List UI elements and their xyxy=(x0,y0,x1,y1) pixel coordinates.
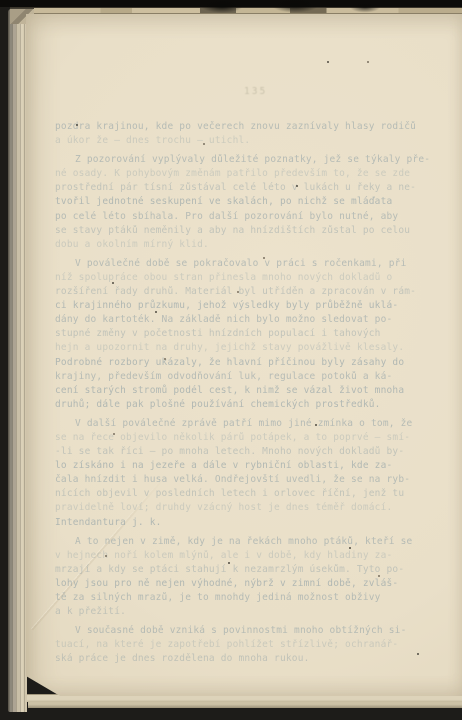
ghost-text-line: A to nejen v zimě, kdy je na řekách mnoh… xyxy=(55,535,451,549)
ghost-text-line: krajiny, především odvodňování luk, regu… xyxy=(55,370,451,384)
ghost-text-line: dobu a okolním mírný klid. xyxy=(55,238,451,252)
ghost-text-line: rozšíření řady druhů. Materiál byl utříd… xyxy=(55,285,451,299)
ghost-text-line: tuací, na které je zapotřebí pohlížet st… xyxy=(55,638,451,652)
ghost-page-number: 135 xyxy=(244,86,267,97)
ghost-text-line: mrzají a kdy se ptáci stahují k nezamrzl… xyxy=(55,563,451,577)
ghost-text-line: Intendantura j. k. xyxy=(55,516,451,530)
ghost-text-line: Z pozorování vyplývaly důležité poznatky… xyxy=(55,153,451,167)
bleed-through-text: pozdra krajinou, kde po večerech znovu z… xyxy=(55,120,451,671)
ghost-text-line: a k přežití. xyxy=(55,605,451,619)
ghost-text-line: cení starých stromů podél cest, k nimž s… xyxy=(55,384,451,398)
book-scan: 135 pozdra krajinou, kde po večerech zno… xyxy=(0,0,462,720)
ghost-text-line: tě za silných mrazů, je to mnohdy jediná… xyxy=(55,591,451,605)
ghost-text-line: po celé léto sbíhala. Pro další pozorová… xyxy=(55,210,451,224)
ghost-paragraph: Z pozorování vyplývaly důležité poznatky… xyxy=(55,153,451,252)
ghost-paragraph: A to nejen v zimě, kdy je na řekách mnoh… xyxy=(55,535,451,620)
ghost-text-line: Podrobné rozbory ukázaly, že hlavní příč… xyxy=(55,356,451,370)
ghost-text-line: lo získáno i na jezeře a dále v rybniční… xyxy=(55,459,451,473)
book-page: 135 pozdra krajinou, kde po večerech zno… xyxy=(26,14,462,696)
ghost-text-line: lohy jsou pro ně nejen výhodné, nýbrž v … xyxy=(55,577,451,591)
ghost-text-line: tvořil jednotné seskupení ve skalách, po… xyxy=(55,195,451,209)
ghost-text-line: -li se tak říci — po mnoha letech. Mnoho… xyxy=(55,445,451,459)
ghost-text-line: nících objevil v posledních letech i orl… xyxy=(55,487,451,501)
ghost-paragraph: V současné době vzniká s povinnostmi mno… xyxy=(55,624,451,666)
ghost-text-line: čala hnízdit i husa velká. Ondřejovští u… xyxy=(55,473,451,487)
ghost-text-line: a úkor že — dnes trochu — utichl. xyxy=(55,134,451,148)
ghost-text-line: né osady. K pohybovým změnám patřilo pře… xyxy=(55,167,451,181)
ghost-text-line: hejn a upozornit na druhy, jejichž stavy… xyxy=(55,341,451,355)
ghost-text-line: V další poválečné zprávě patří mimo jiné… xyxy=(55,417,451,431)
ghost-text-line: v hejnech noří kolem mlýnů, ale i v době… xyxy=(55,549,451,563)
ghost-text-line: ci krajinného průzkumu, jehož výsledky b… xyxy=(55,299,451,313)
ghost-paragraph: pozdra krajinou, kde po večerech znovu z… xyxy=(55,120,451,148)
ghost-text-line: ská práce je dnes rozdělena do mnoha ruk… xyxy=(55,652,451,666)
ghost-text-line: se na řece objevilo několik párů potápek… xyxy=(55,431,451,445)
ghost-text-line: se stavy ptáků neměnily a aby na hnízdiš… xyxy=(55,224,451,238)
ghost-text-line: V současné době vzniká s povinnostmi mno… xyxy=(55,624,451,638)
page-stack-left-edge xyxy=(8,9,27,712)
ghost-text-line: stupné změny v početnosti hnízdních popu… xyxy=(55,327,451,341)
ghost-text-line: prostřední pár tísní zůstával celé léto … xyxy=(55,181,451,195)
ghost-text-line: níž spolupráce obou stran přinesla mnoho… xyxy=(55,271,451,285)
ghost-paragraph: V další poválečné zprávě patří mimo jiné… xyxy=(55,417,451,530)
under-page-edge-lower xyxy=(28,702,462,708)
ghost-text-line: pozdra krajinou, kde po večerech znovu z… xyxy=(55,120,451,134)
ghost-text-line: pravidelně loví; druhdy vzácný host je d… xyxy=(55,501,451,515)
ghost-text-line: dány do kartoték. Na základě nich bylo m… xyxy=(55,313,451,327)
ghost-text-line: V poválečné době se pokračovalo v práci … xyxy=(55,257,451,271)
ghost-text-line: druhů; dále pak plošné používání chemick… xyxy=(55,398,451,412)
page-stack-top-edge xyxy=(10,7,462,15)
ghost-paragraph: V poválečné době se pokračovalo v práci … xyxy=(55,257,451,412)
